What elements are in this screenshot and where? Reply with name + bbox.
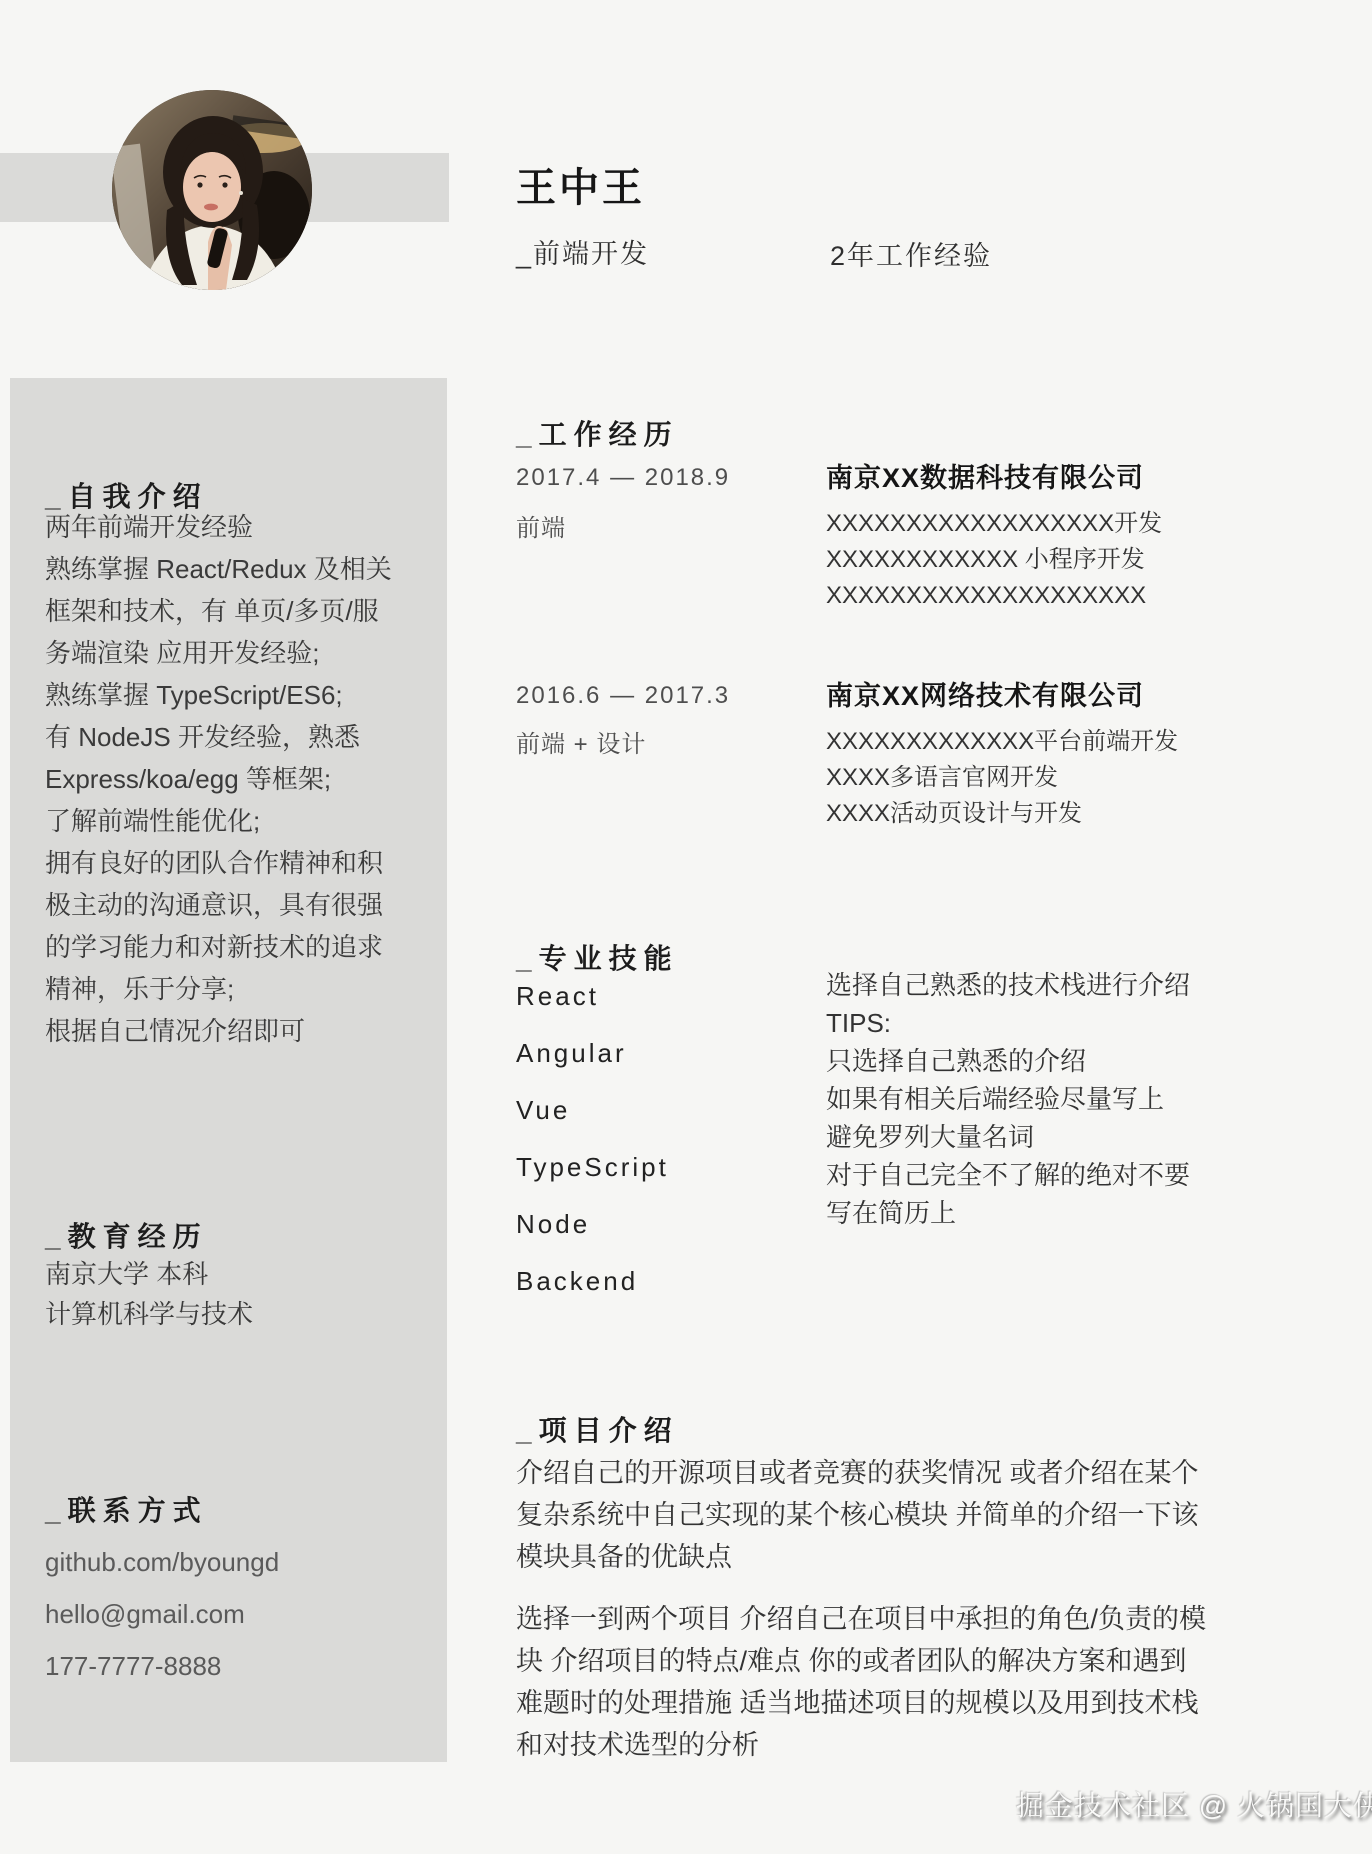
job1-role: 前端 bbox=[516, 508, 566, 543]
skill-angular: Angular bbox=[516, 1025, 669, 1082]
about-line: 的学习能力和对新技术的追求 bbox=[45, 926, 392, 968]
job2-bullet: XXXXXXXXXXXXX平台前端开发 bbox=[826, 724, 1178, 760]
portrait-illustration bbox=[112, 90, 312, 290]
skill-vue: Vue bbox=[516, 1082, 669, 1139]
years-of-experience: 2年工作经验 bbox=[830, 234, 992, 273]
resume-page: 王中王 _前端开发 2年工作经验 _自我介绍 两年前端开发经验 熟练掌握 Rea… bbox=[0, 0, 1372, 1854]
projects-line: 和对技术选型的分析 bbox=[516, 1724, 1206, 1766]
about-line: 拥有良好的团队合作精神和积 bbox=[45, 842, 392, 884]
job2-bullet: XXXX活动页设计与开发 bbox=[826, 796, 1178, 832]
projects-heading: _项目介绍 bbox=[516, 1409, 679, 1449]
projects-line: 难题时的处理措施 适当地描述项目的规模以及用到技术栈 bbox=[516, 1682, 1206, 1724]
about-text: 两年前端开发经验 熟练掌握 React/Redux 及相关 框架和技术，有 单页… bbox=[45, 506, 392, 1052]
about-line: 了解前端性能优化; bbox=[45, 800, 392, 842]
candidate-name: 王中王 bbox=[516, 156, 645, 213]
skills-tip: 写在简历上 bbox=[826, 1194, 1190, 1232]
job1-bullet: XXXXXXXXXXXXXXXXXXXX bbox=[826, 578, 1162, 614]
skills-tip: 对于自己完全不了解的绝对不要 bbox=[826, 1156, 1190, 1194]
job1-bullet: XXXXXXXXXXXX 小程序开发 bbox=[826, 542, 1162, 578]
skills-tip: 避免罗列大量名词 bbox=[826, 1118, 1190, 1156]
projects-line: 选择一到两个项目 介绍自己在项目中承担的角色/负责的模 bbox=[516, 1598, 1206, 1640]
job1-company: 南京XX数据科技有限公司 bbox=[826, 456, 1144, 495]
about-line: 两年前端开发经验 bbox=[45, 506, 392, 548]
skills-tips: 选择自己熟悉的技术栈进行介绍 TIPS: 只选择自己熟悉的介绍 如果有相关后端经… bbox=[826, 966, 1190, 1232]
skills-tip: 如果有相关后端经验尽量写上 bbox=[826, 1080, 1190, 1118]
education-major: 计算机科学与技术 bbox=[45, 1294, 253, 1334]
skill-node: Node bbox=[516, 1196, 669, 1253]
projects-line: 块 介绍项目的特点/难点 你的或者团队的解决方案和遇到 bbox=[516, 1640, 1206, 1682]
job2-company: 南京XX网络技术有限公司 bbox=[826, 674, 1144, 713]
job2-bullet: XXXX多语言官网开发 bbox=[826, 760, 1178, 796]
about-line: 框架和技术，有 单页/多页/服 bbox=[45, 590, 392, 632]
education-school: 南京大学 本科 bbox=[45, 1254, 253, 1294]
job1-bullets: XXXXXXXXXXXXXXXXXX开发 XXXXXXXXXXXX 小程序开发 … bbox=[826, 506, 1162, 614]
about-line: 熟练掌握 TypeScript/ES6; bbox=[45, 674, 392, 716]
watermark: 掘金技术社区 @ 火锅国大侠 bbox=[1016, 1784, 1372, 1824]
education-heading: _教育经历 bbox=[45, 1215, 208, 1255]
skill-react: React bbox=[516, 968, 669, 1025]
contact-heading: _联系方式 bbox=[45, 1489, 208, 1529]
about-line: 根据自己情况介绍即可 bbox=[45, 1010, 392, 1052]
job1-bullet: XXXXXXXXXXXXXXXXXX开发 bbox=[826, 506, 1162, 542]
projects-line: 介绍自己的开源项目或者竞赛的获奖情况 或者介绍在某个 bbox=[516, 1452, 1199, 1494]
about-line: 精神，乐于分享; bbox=[45, 968, 392, 1010]
about-line: 熟练掌握 React/Redux 及相关 bbox=[45, 548, 392, 590]
job2-period: 2016.6 — 2017.3 bbox=[516, 682, 730, 710]
skill-typescript: TypeScript bbox=[516, 1139, 669, 1196]
candidate-role: _前端开发 bbox=[516, 232, 649, 271]
projects-line: 模块具备的优缺点 bbox=[516, 1536, 1199, 1578]
projects-line: 复杂系统中自己实现的某个核心模块 并简单的介绍一下该 bbox=[516, 1494, 1199, 1536]
projects-paragraph-1: 介绍自己的开源项目或者竞赛的获奖情况 或者介绍在某个 复杂系统中自己实现的某个核… bbox=[516, 1452, 1199, 1578]
about-line: 务端渲染 应用开发经验; bbox=[45, 632, 392, 674]
avatar-photo bbox=[112, 90, 312, 290]
skill-backend: Backend bbox=[516, 1253, 669, 1310]
job2-bullets: XXXXXXXXXXXXX平台前端开发 XXXX多语言官网开发 XXXX活动页设… bbox=[826, 724, 1178, 832]
about-line: Express/koa/egg 等框架; bbox=[45, 758, 392, 800]
contact-email: hello@gmail.com bbox=[45, 1588, 279, 1640]
skills-tip: TIPS: bbox=[826, 1004, 1190, 1042]
about-line: 极主动的沟通意识，具有很强 bbox=[45, 884, 392, 926]
about-line: 有 NodeJS 开发经验，熟悉 bbox=[45, 716, 392, 758]
skills-tip: 选择自己熟悉的技术栈进行介绍 bbox=[826, 966, 1190, 1004]
skills-list: React Angular Vue TypeScript Node Backen… bbox=[516, 968, 669, 1310]
contact-phone: 177-7777-8888 bbox=[45, 1640, 279, 1692]
skills-tip: 只选择自己熟悉的介绍 bbox=[826, 1042, 1190, 1080]
contact-github: github.com/byoungd bbox=[45, 1536, 279, 1588]
contact-list: github.com/byoungd hello@gmail.com 177-7… bbox=[45, 1536, 279, 1692]
job2-role: 前端 + 设计 bbox=[516, 724, 646, 759]
work-heading: _工作经历 bbox=[516, 413, 679, 453]
job1-period: 2017.4 — 2018.9 bbox=[516, 464, 730, 492]
projects-paragraph-2: 选择一到两个项目 介绍自己在项目中承担的角色/负责的模 块 介绍项目的特点/难点… bbox=[516, 1598, 1206, 1766]
education-text: 南京大学 本科 计算机科学与技术 bbox=[45, 1254, 253, 1334]
